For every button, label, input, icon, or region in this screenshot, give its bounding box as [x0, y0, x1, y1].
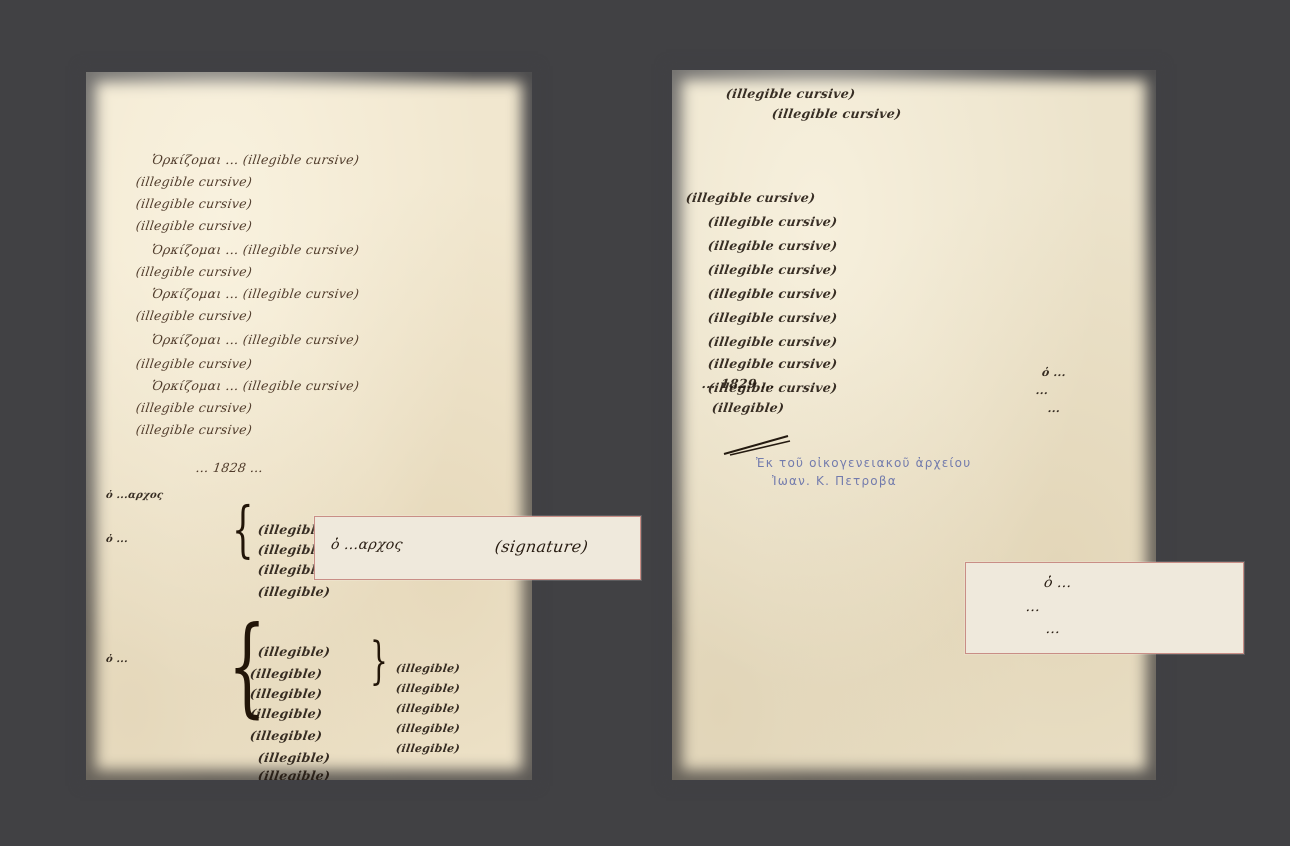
brace-glyph: { — [232, 494, 254, 566]
closing-signature: ὁ ... — [1041, 366, 1067, 379]
manuscript-line: (illegible cursive) — [135, 422, 253, 437]
brace-glyph: } — [370, 631, 388, 690]
signature-label: ὁ ...αρχος — [105, 490, 164, 501]
manuscript-line: (illegible cursive) — [707, 356, 838, 371]
list-item: (illegible) — [395, 742, 461, 755]
date-line: ... 1828 ... — [195, 460, 264, 475]
manuscript-line: Ὁρκίζομαι ... (illegible cursive) — [151, 152, 360, 167]
manuscript-line: (illegible cursive) — [135, 356, 253, 371]
stamp-line: Ἰωαν. Κ. Πετροβα — [756, 472, 971, 490]
list-item: (illegible) — [395, 722, 461, 735]
list-item: (illegible) — [249, 706, 323, 721]
manuscript-line: Ὁρκίζομαι ... (illegible cursive) — [151, 242, 360, 257]
date-line: ... 1829 ... — [701, 376, 776, 391]
manuscript-line: (illegible cursive) — [707, 310, 838, 325]
manuscript-line: (illegible cursive) — [685, 190, 816, 205]
stamp-line: Ἐκ τοῦ οἰκογενειακοῦ ἀρχείου — [756, 454, 971, 472]
manuscript-line: (illegible cursive) — [707, 214, 838, 229]
signature-inset-left: ὁ ...αρχος (signature) — [314, 516, 641, 580]
manuscript-line: Ὁρκίζομαι ... (illegible cursive) — [151, 286, 360, 301]
manuscript-line: (illegible cursive) — [707, 238, 838, 253]
archive-stamp: Ἐκ τοῦ οἰκογενειακοῦ ἀρχείου Ἰωαν. Κ. Πε… — [756, 454, 971, 490]
manuscript-line: (illegible cursive) — [707, 334, 838, 349]
manuscript-line: (illegible cursive) — [135, 174, 253, 189]
manuscript-line: (illegible cursive) — [707, 262, 838, 277]
place-line: (illegible) — [711, 400, 785, 415]
manuscript-line: (illegible cursive) — [771, 106, 902, 121]
list-item: (illegible) — [249, 728, 323, 743]
list-item: (illegible) — [257, 750, 331, 765]
pen-stroke-marks — [722, 432, 792, 456]
manuscript-line: (illegible cursive) — [725, 86, 856, 101]
list-item: (illegible) — [395, 682, 461, 695]
inset-signature: (signature) — [494, 537, 590, 556]
list-item: (illegible) — [249, 686, 323, 701]
list-item: (illegible) — [395, 662, 461, 675]
manuscript-line: (illegible cursive) — [707, 286, 838, 301]
inset-line: ... — [1045, 621, 1062, 637]
signature-inset-right: ὁ ... ... ... — [965, 562, 1244, 654]
list-item: (illegible) — [257, 768, 331, 780]
manuscript-line: (illegible cursive) — [135, 218, 253, 233]
manuscript-page-right: (illegible cursive) (illegible cursive) … — [672, 70, 1156, 780]
manuscript-line: Ὁρκίζομαι ... (illegible cursive) — [151, 332, 360, 347]
list-item: (illegible) — [395, 702, 461, 715]
list-item: (illegible) — [257, 644, 331, 659]
signature-label: ὁ ... — [105, 534, 129, 545]
closing-signature: ... — [1035, 384, 1049, 397]
manuscript-line: (illegible cursive) — [135, 400, 253, 415]
manuscript-line: (illegible cursive) — [135, 264, 253, 279]
manuscript-page-left: Ὁρκίζομαι ... (illegible cursive) (illeg… — [86, 72, 532, 780]
inset-line: ὁ ... — [1043, 575, 1073, 591]
list-item: (illegible) — [257, 584, 331, 599]
inset-label: ὁ ...αρχος — [330, 537, 404, 553]
inset-line: ... — [1025, 599, 1042, 615]
signature-label: ὁ ... — [105, 654, 129, 665]
list-item: (illegible) — [249, 666, 323, 681]
manuscript-line: Ὁρκίζομαι ... (illegible cursive) — [151, 378, 360, 393]
manuscript-line: (illegible cursive) — [135, 196, 253, 211]
closing-signature: ... — [1047, 402, 1061, 415]
manuscript-line: (illegible cursive) — [135, 308, 253, 323]
